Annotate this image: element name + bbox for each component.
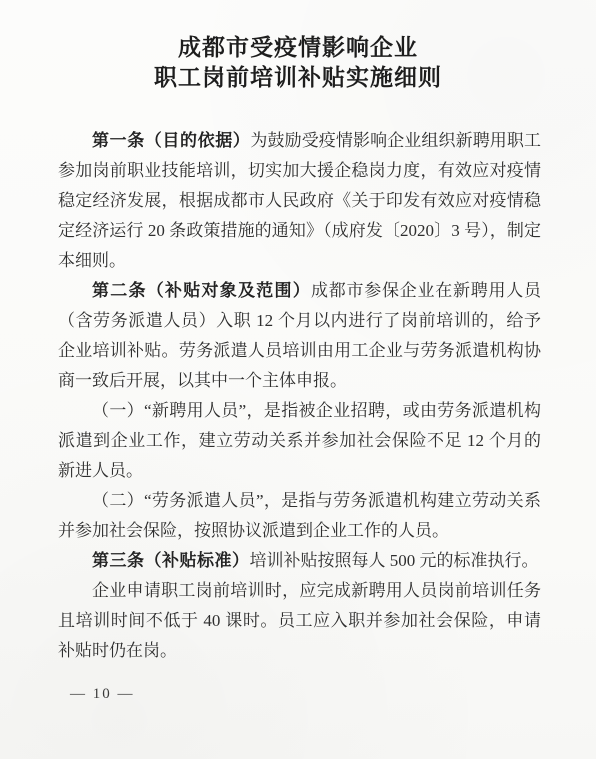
page-number: — 10 — <box>70 686 135 703</box>
title-line-2: 职工岗前培训补贴实施细则 <box>0 63 596 93</box>
title-line-1: 成都市受疫情影响企业 <box>0 33 596 63</box>
item-1-text: （一）“新聘用人员”，是指被企业招聘，或由劳务派遣机构派遣到企业工作，建立劳动关… <box>58 401 541 480</box>
paragraph-article-1: 第一条（目的依据）为鼓励受疫情影响企业组织新聘用职工参加岗前职业技能培训，切实加… <box>58 126 541 276</box>
article-1-text: 为鼓励受疫情影响企业组织新聘用职工参加岗前职业技能培训，切实加大援企稳岗力度，有… <box>58 131 541 270</box>
article-3-text: 培训补贴按照每人 500 元的标准执行。 <box>250 551 539 570</box>
document-title: 成都市受疫情影响企业 职工岗前培训补贴实施细则 <box>0 0 596 93</box>
application-requirements-text: 企业申请职工岗前培训时，应完成新聘用人员岗前培训任务且培训时间不低于 40 课时… <box>58 581 541 660</box>
article-2-heading: 第二条（补贴对象及范围） <box>92 281 311 300</box>
paragraph-item-1: （一）“新聘用人员”，是指被企业招聘，或由劳务派遣机构派遣到企业工作，建立劳动关… <box>58 396 541 486</box>
scanned-document-page: 成都市受疫情影响企业 职工岗前培训补贴实施细则 第一条（目的依据）为鼓励受疫情影… <box>0 0 596 759</box>
paragraph-article-3: 第三条（补贴标准）培训补贴按照每人 500 元的标准执行。 <box>58 546 541 576</box>
paragraph-application-requirements: 企业申请职工岗前培训时，应完成新聘用人员岗前培训任务且培训时间不低于 40 课时… <box>58 576 541 666</box>
document-body: 第一条（目的依据）为鼓励受疫情影响企业组织新聘用职工参加岗前职业技能培训，切实加… <box>58 126 541 666</box>
paragraph-item-2: （二）“劳务派遣人员”，是指与劳务派遣机构建立劳动关系并参加社会保险，按照协议派… <box>58 486 541 546</box>
paragraph-article-2: 第二条（补贴对象及范围）成都市参保企业在新聘用人员（含劳务派遣人员）入职 12 … <box>58 276 541 396</box>
article-1-heading: 第一条（目的依据） <box>92 131 250 150</box>
article-3-heading: 第三条（补贴标准） <box>92 551 250 570</box>
item-2-text: （二）“劳务派遣人员”，是指与劳务派遣机构建立劳动关系并参加社会保险，按照协议派… <box>58 491 541 540</box>
